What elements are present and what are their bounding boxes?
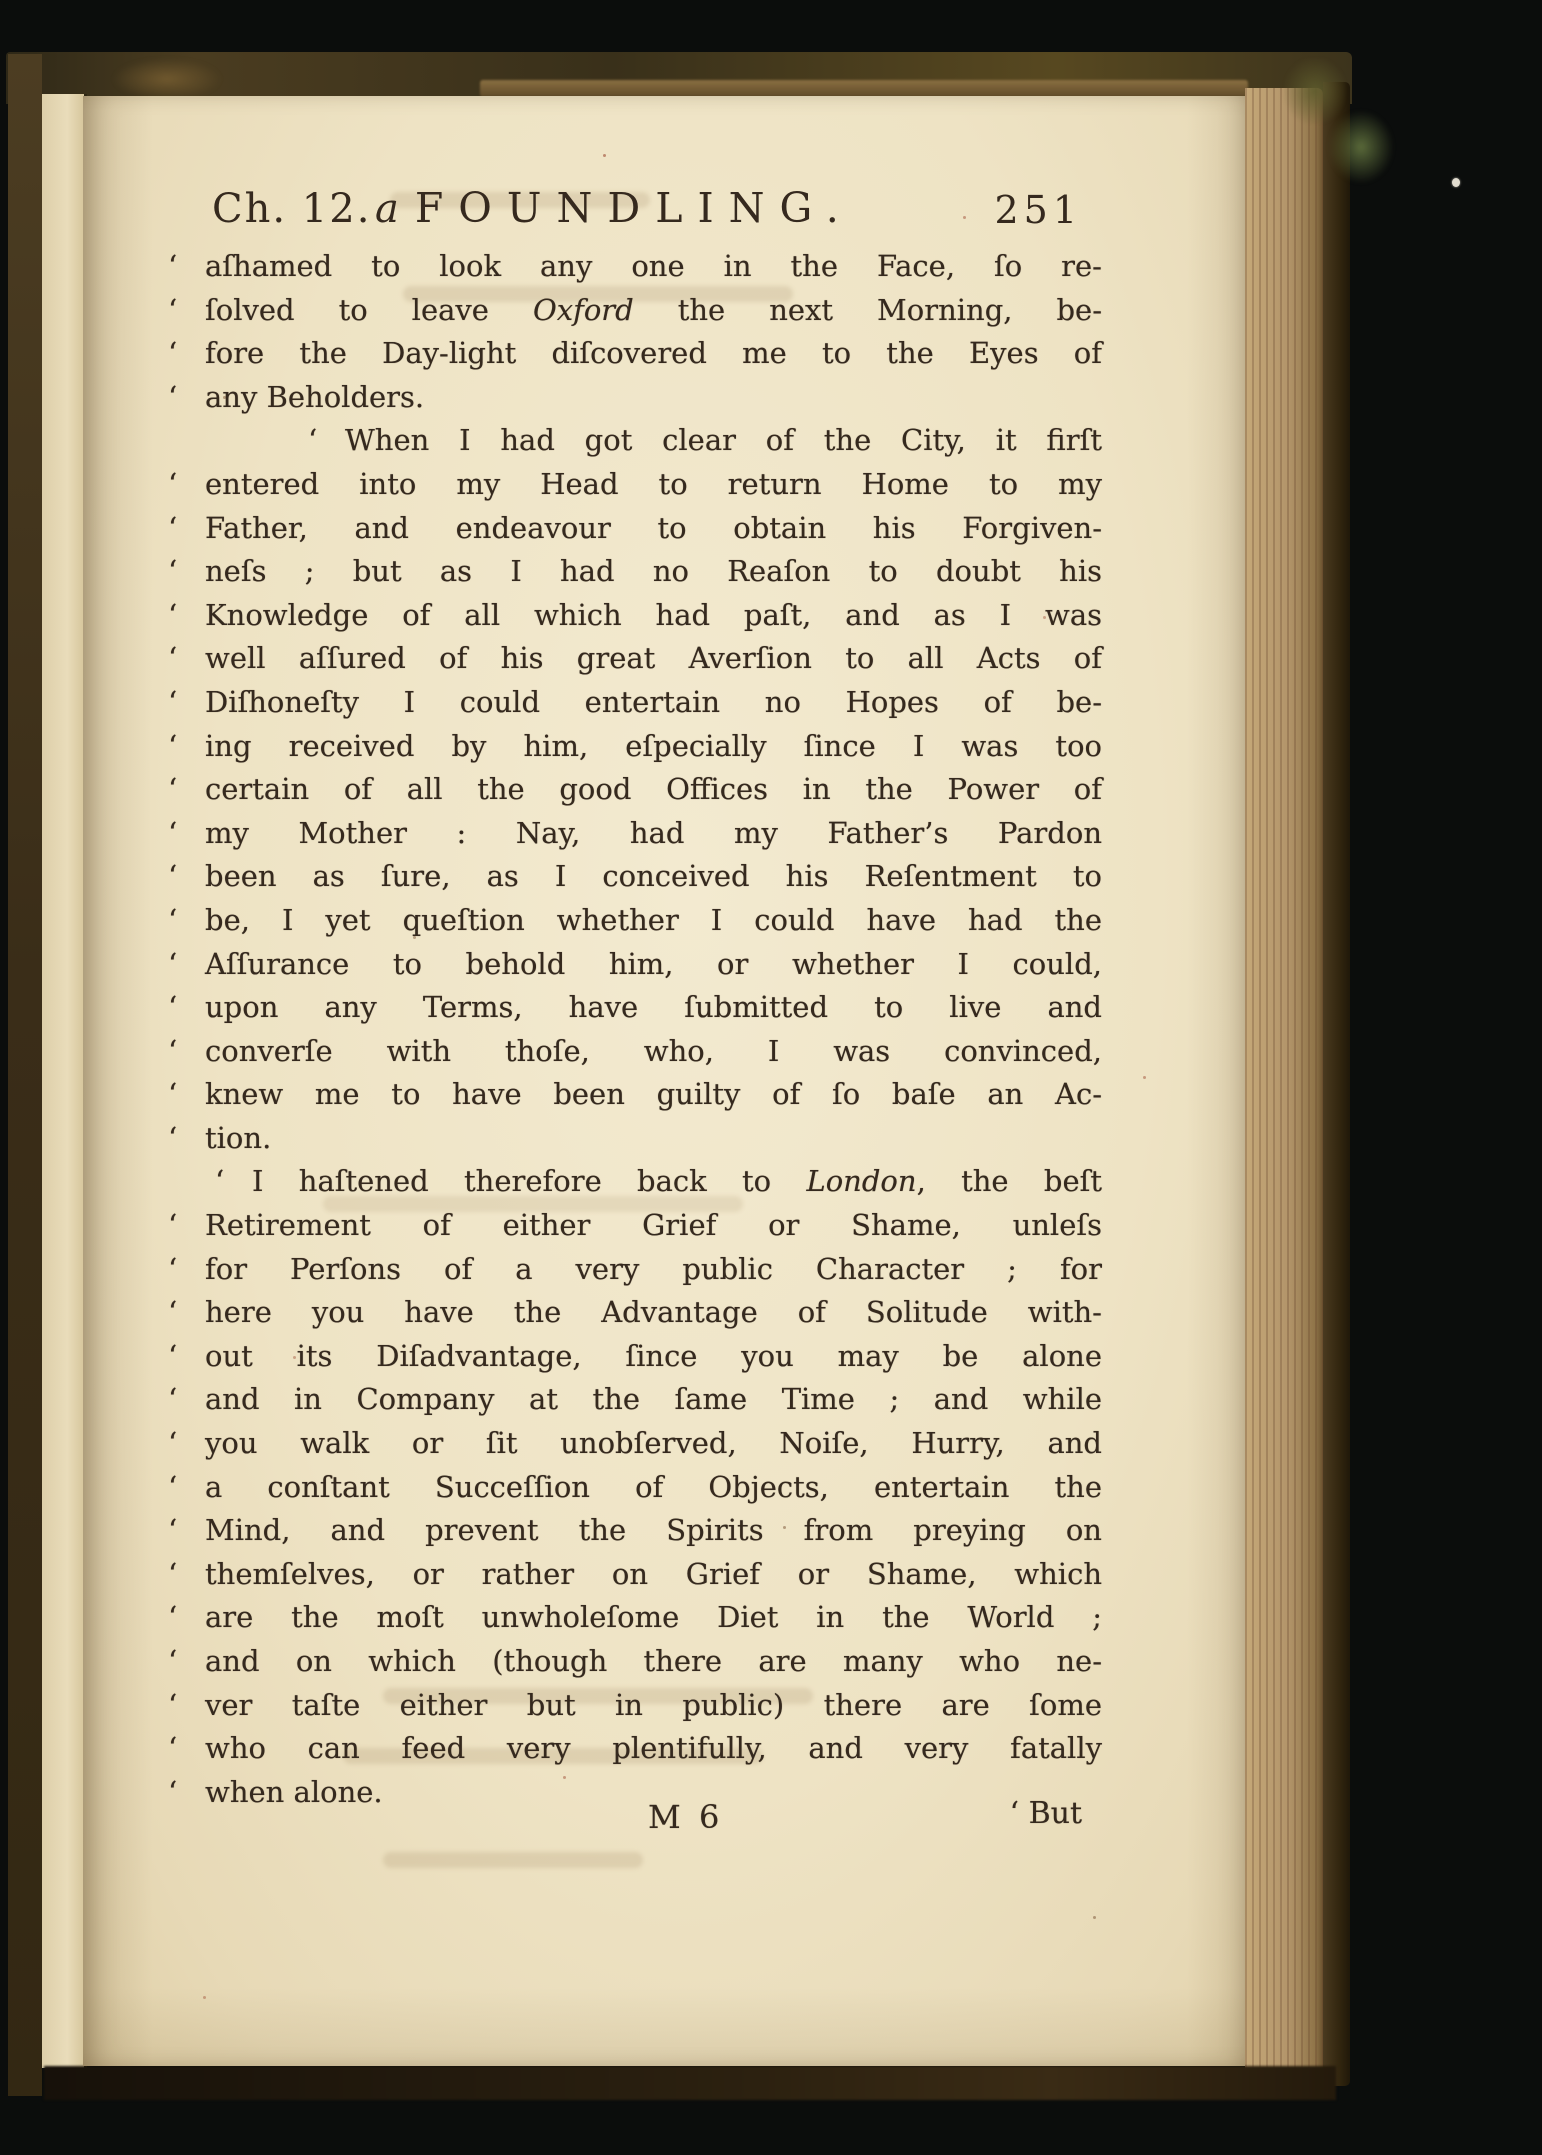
body-text: be, I yet queſtion whether I could have … [205, 903, 1102, 937]
quote-mark: ‘ [168, 550, 177, 594]
text-line: ‘aſhamed to look any one in the Face, ſo… [205, 245, 1102, 289]
quote-mark: ‘ [168, 725, 177, 769]
quote-mark: ‘ [168, 855, 177, 899]
text-line: ‘here you have the Advantage of Solitude… [205, 1291, 1102, 1335]
body-text: Knowledge of all which had paſt, and as … [205, 598, 1102, 632]
text-line: ‘who can feed very plentifully, and very… [205, 1727, 1102, 1771]
body-text: Mind, and prevent the Spirits from preyi… [205, 1513, 1102, 1547]
body-text: neſs ; but as I had no Reaſon to doubt h… [205, 554, 1102, 588]
body-text: converſe with thoſe, who, I was convince… [205, 1034, 1102, 1068]
body-text: for Perſons of a very public Character ;… [205, 1252, 1102, 1286]
text-line: ‘ing received by him, eſpecially ſince I… [205, 725, 1102, 769]
text-line: ‘entered into my Head to return Home to … [205, 463, 1102, 507]
body-text: aſhamed to look any one in the Face, ſo … [205, 249, 1102, 283]
book-worn-corner [112, 58, 222, 100]
showthrough-smudge [383, 1852, 643, 1868]
quote-mark: ‘ [168, 1248, 177, 1292]
body-text: Retirement of either Grief or Shame, unl… [205, 1208, 1102, 1242]
body-text: ver taſte either but in public) there ar… [205, 1688, 1102, 1722]
quote-mark: ‘ [168, 899, 177, 943]
quote-mark: ‘ [168, 594, 177, 638]
body-text: are the moſt unwholeſome Diet in the Wor… [205, 1600, 1102, 1634]
quote-mark: ‘ [168, 463, 177, 507]
page-footer: M 6 ‘ But [205, 1796, 1102, 1842]
body-text: upon any Terms, have ſubmitted to live a… [205, 990, 1102, 1024]
quote-mark: ‘ [168, 1509, 177, 1553]
text-line: ‘Father, and endeavour to obtain his For… [205, 507, 1102, 551]
book-top-page-stack [480, 80, 1248, 97]
body-text: who can feed very plentifully, and very … [205, 1731, 1102, 1765]
text-line: ‘converſe with thoſe, who, I was convinc… [205, 1030, 1102, 1074]
body-text: When I had got clear of the City, it fir… [345, 423, 1102, 457]
page-text: ‘aſhamed to look any one in the Face, ſo… [205, 245, 1102, 1814]
body-text: been as ſure, as I conceived his Reſentm… [205, 859, 1102, 893]
running-title: aFOUNDLING. [375, 184, 854, 232]
body-text: a conſtant Succeſſion of Objects, entert… [205, 1470, 1102, 1504]
text-line: ‘Retirement of either Grief or Shame, un… [205, 1204, 1102, 1248]
quote-mark: ‘ [168, 943, 177, 987]
text-line: ‘I haſtened therefore back to London, th… [205, 1160, 1102, 1204]
text-line: ‘my Mother : Nay, had my Father’s Pardon [205, 812, 1102, 856]
quote-mark: ‘ [168, 812, 177, 856]
body-text: , the beſt [917, 1164, 1102, 1198]
photo-background: Ch. 12. aFOUNDLING. 251 ‘aſhamed to look… [0, 0, 1542, 2155]
body-text: well aſſured of his great Averſion to al… [205, 641, 1102, 675]
body-text: you walk or ſit unobſerved, Noiſe, Hurry… [205, 1426, 1102, 1460]
quote-mark: ‘ [168, 1204, 177, 1248]
book-fore-edge [1245, 88, 1323, 2074]
text-line: ‘you walk or ſit unobſerved, Noiſe, Hurr… [205, 1422, 1102, 1466]
body-text: any Beholders. [205, 380, 424, 414]
quote-mark: ‘ [168, 332, 177, 376]
text-line: ‘well aſſured of his great Averſion to a… [205, 637, 1102, 681]
body-text: fore the Day-light diſcovered me to the … [205, 336, 1102, 370]
quote-mark: ‘ [215, 1160, 224, 1204]
quote-mark: ‘ [168, 1771, 177, 1815]
body-text: and on which (though there are many who … [205, 1644, 1102, 1678]
quote-mark: ‘ [168, 1727, 177, 1771]
fiber-tuft [1328, 110, 1394, 184]
text-line: ‘a conſtant Succeſſion of Objects, enter… [205, 1466, 1102, 1510]
quote-mark: ‘ [168, 1553, 177, 1597]
text-line: ‘are the moſt unwholeſome Diet in the Wo… [205, 1596, 1102, 1640]
text-line: ‘fore the Day-light diſcovered me to the… [205, 332, 1102, 376]
italic-text: London [806, 1164, 916, 1198]
body-text: ing received by him, eſpecially ſince I … [205, 729, 1102, 763]
body-text: ſolved to leave [205, 293, 533, 327]
quote-mark: ‘ [308, 419, 317, 463]
book-cover-left-edge [8, 54, 42, 2096]
body-text: Diſhoneſty I could entertain no Hopes of… [205, 685, 1102, 719]
dust-speck [1452, 178, 1460, 187]
text-line: ‘for Perſons of a very public Character … [205, 1248, 1102, 1292]
body-text: the next Morning, be- [634, 293, 1102, 327]
text-line: ‘Aſſurance to behold him, or whether I c… [205, 943, 1102, 987]
body-text: I haſtened therefore back to [252, 1164, 806, 1198]
text-line: ‘knew me to have been guilty of ſo baſe … [205, 1073, 1102, 1117]
signature-mark: M 6 [648, 1798, 723, 1836]
quote-mark: ‘ [168, 768, 177, 812]
running-title-article: a [375, 186, 399, 232]
text-line: ‘neſs ; but as I had no Reaſon to doubt … [205, 550, 1102, 594]
facing-page-sliver [42, 94, 87, 2068]
text-line: ‘Diſhoneſty I could entertain no Hopes o… [205, 681, 1102, 725]
quote-mark: ‘ [168, 376, 177, 420]
body-text: here you have the Advantage of Solitude … [205, 1295, 1102, 1329]
body-text: my Mother : Nay, had my Father’s Pardon [205, 816, 1102, 850]
paper-specks [603, 154, 606, 157]
body-text: Father, and endeavour to obtain his Forg… [205, 511, 1102, 545]
chapter-label: Ch. 12. [212, 186, 371, 232]
body-text: entered into my Head to return Home to m… [205, 467, 1102, 501]
quote-mark: ‘ [168, 681, 177, 725]
book-cover-right-edge [1323, 82, 1350, 2086]
body-text: themſelves, or rather on Grief or Shame,… [205, 1557, 1102, 1591]
text-line: ‘be, I yet queſtion whether I could have… [205, 899, 1102, 943]
page-header: Ch. 12. aFOUNDLING. 251 [83, 182, 1245, 238]
text-line: ‘any Beholders. [205, 376, 1102, 420]
body-text: tion. [205, 1121, 271, 1155]
book-page: Ch. 12. aFOUNDLING. 251 ‘aſhamed to look… [83, 96, 1245, 2066]
quote-mark: ‘ [168, 986, 177, 1030]
text-line: ‘and on which (though there are many who… [205, 1640, 1102, 1684]
quote-mark: ‘ [168, 637, 177, 681]
text-line: ‘themſelves, or rather on Grief or Shame… [205, 1553, 1102, 1597]
text-line: ‘ver taſte either but in public) there a… [205, 1684, 1102, 1728]
quote-mark: ‘ [168, 1030, 177, 1074]
quote-mark: ‘ [168, 1640, 177, 1684]
text-line: ‘When I had got clear of the City, it fi… [205, 419, 1102, 463]
quote-mark: ‘ [168, 1684, 177, 1728]
book-bottom-edge [44, 2066, 1336, 2100]
text-line: ‘Knowledge of all which had paſt, and as… [205, 594, 1102, 638]
quote-mark: ‘ [168, 245, 177, 289]
body-text: and in Company at the ſame Time ; and wh… [205, 1382, 1102, 1416]
running-title-text: FOUNDLING. [415, 184, 854, 232]
quote-mark: ‘ [168, 1596, 177, 1640]
quote-mark: ‘ [168, 507, 177, 551]
text-line: ‘upon any Terms, have ſubmitted to live … [205, 986, 1102, 1030]
quote-mark: ‘ [168, 1378, 177, 1422]
text-line: ‘out its Diſadvantage, ſince you may be … [205, 1335, 1102, 1379]
page-number: 251 [994, 188, 1082, 232]
quote-mark: ‘ [168, 1422, 177, 1466]
quote-mark: ‘ [168, 1117, 177, 1161]
quote-mark: ‘ [168, 1335, 177, 1379]
body-text: Aſſurance to behold him, or whether I co… [205, 947, 1102, 981]
text-line: ‘Mind, and prevent the Spirits from prey… [205, 1509, 1102, 1553]
text-line: ‘been as ſure, as I conceived his Reſent… [205, 855, 1102, 899]
quote-mark: ‘ [168, 289, 177, 333]
catchword: ‘ But [1010, 1796, 1083, 1831]
text-line: ‘tion. [205, 1117, 1102, 1161]
text-line: ‘ſolved to leave Oxford the next Morning… [205, 289, 1102, 333]
text-line: ‘certain of all the good Offices in the … [205, 768, 1102, 812]
body-text: certain of all the good Offices in the P… [205, 772, 1102, 806]
quote-mark: ‘ [168, 1291, 177, 1335]
text-line: ‘and in Company at the ſame Time ; and w… [205, 1378, 1102, 1422]
quote-mark: ‘ [168, 1466, 177, 1510]
italic-text: Oxford [533, 293, 634, 327]
quote-mark: ‘ [168, 1073, 177, 1117]
body-text: knew me to have been guilty of ſo baſe a… [205, 1077, 1102, 1111]
body-text: out its Diſadvantage, ſince you may be a… [205, 1339, 1102, 1373]
